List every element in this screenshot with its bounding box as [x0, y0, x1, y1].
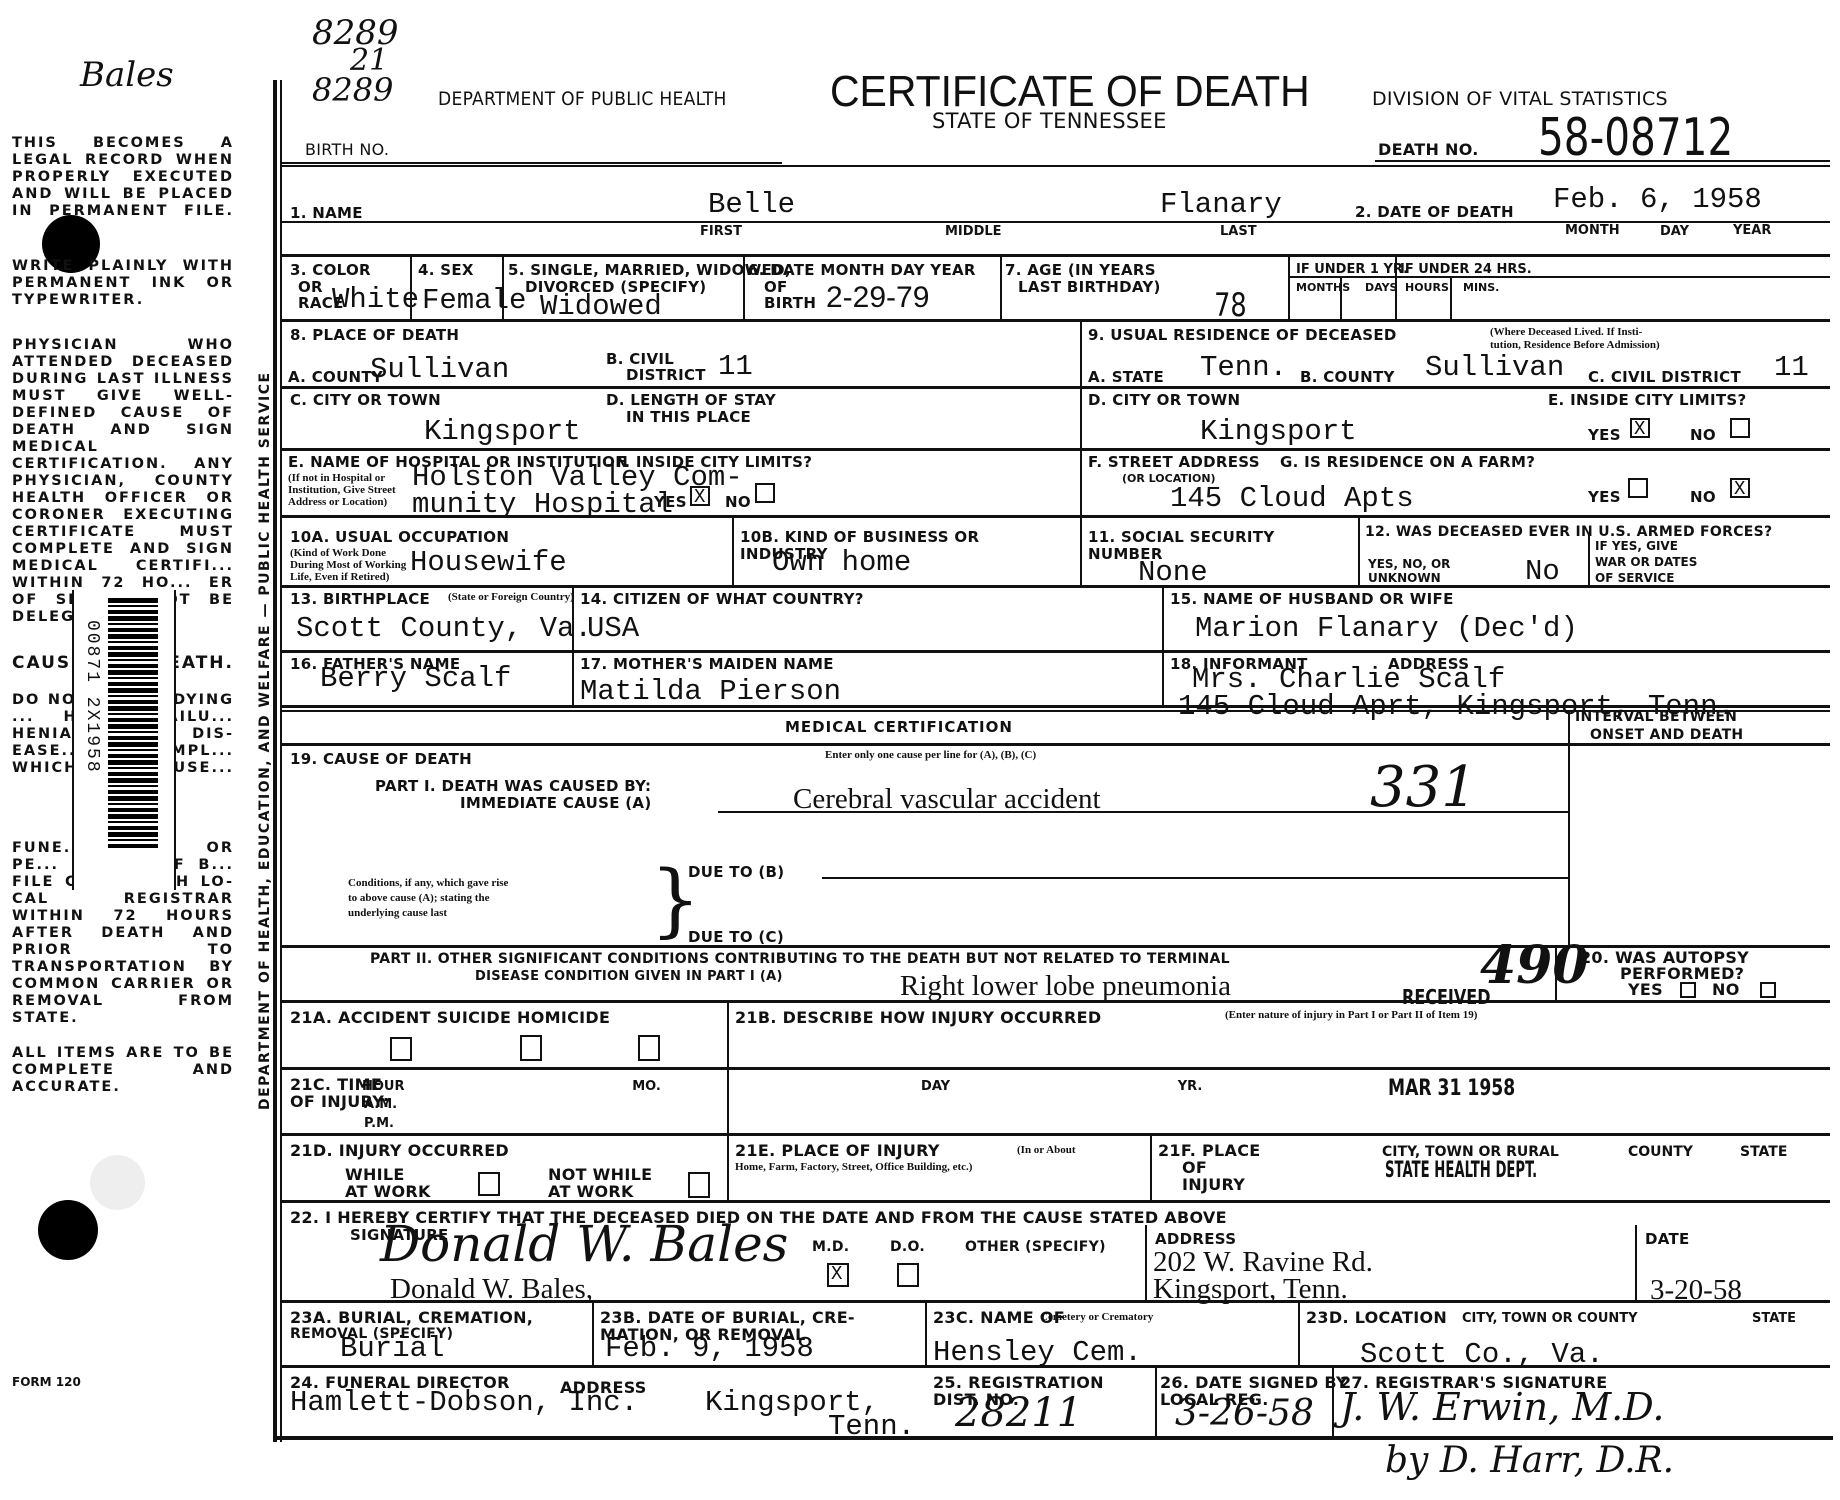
- death-civil-district-value: 11: [718, 352, 753, 381]
- burial-location-sub: CITY, TOWN OR COUNTY: [1462, 1312, 1638, 1326]
- state-health-dept-stamp: STATE HEALTH DEPT.: [1385, 1158, 1537, 1183]
- age-label: 7. AGE (IN YEARS: [1005, 263, 1156, 279]
- business-label: 10B. KIND OF BUSINESS OR: [740, 530, 979, 546]
- instruction-write-plainly: WRITE PLAINLY WITH PERMANENT INK OR TYPE…: [12, 258, 234, 309]
- received-stamp: RECEIVED: [1402, 985, 1490, 1009]
- rule: [282, 585, 1830, 588]
- rule: [1450, 277, 1452, 319]
- do-label: D.O.: [890, 1240, 925, 1255]
- citizen-label: 14. CITIZEN OF WHAT COUNTRY?: [580, 592, 864, 608]
- cause-instruction: Enter only one cause per line for (A), (…: [825, 750, 1036, 762]
- certification-date-label: DATE: [1645, 1232, 1690, 1248]
- marital-value: Widowed: [540, 292, 662, 321]
- rule: [282, 319, 1830, 322]
- rule: [282, 448, 1830, 451]
- funeral-director-value: Hamlett-Dobson, Inc.: [290, 1388, 638, 1417]
- hospital-note-3: Address or Location): [288, 497, 387, 509]
- res-inside-no-label: NO: [1690, 428, 1716, 444]
- death-county-value: Sullivan: [370, 355, 509, 384]
- conditions-note-1: Conditions, if any, which gave rise: [348, 878, 508, 890]
- rule: [1555, 947, 1557, 1000]
- death-inside-no-label: NO: [725, 495, 751, 511]
- injury-describe-note: (Enter nature of injury in Part I or Par…: [1225, 1010, 1477, 1022]
- county-label: A. COUNTY: [288, 370, 383, 386]
- am-label: A.M.: [364, 1098, 397, 1112]
- armed-forces-sub-1: YES, NO, OR: [1368, 558, 1450, 571]
- sex-label: 4. SEX: [418, 263, 474, 279]
- due-to-b-label: DUE TO (B): [688, 865, 784, 881]
- registrar-signature: J. W. Erwin, M.D.: [1340, 1385, 1664, 1429]
- rule: [282, 1300, 1830, 1303]
- res-civil-label: C. CIVIL DISTRICT: [1588, 370, 1741, 386]
- rule: [743, 256, 745, 320]
- rule: [1340, 277, 1342, 319]
- part2-label: PART II. OTHER SIGNIFICANT CONDITIONS CO…: [370, 952, 1230, 967]
- hours-label: HOURS: [1405, 282, 1449, 294]
- rule: [1162, 587, 1164, 705]
- injury-place-f-label-3: INJURY: [1182, 1177, 1245, 1194]
- injury-occurred-label: 21D. INJURY OCCURRED: [290, 1143, 509, 1160]
- part2-value: Right lower lobe pneumonia: [900, 972, 1231, 1001]
- hour-col: HOUR: [362, 1079, 405, 1094]
- residence-note-2: tution, Residence Before Admission): [1490, 340, 1660, 352]
- suicide-checkbox[interactable]: [520, 1035, 542, 1061]
- armed-forces-label: 12. WAS DECEASED EVER IN U.S. ARMED FORC…: [1365, 525, 1772, 540]
- rule: [1288, 276, 1830, 278]
- cemetery-note: Cemetery or Crematory: [1040, 1312, 1153, 1324]
- faded-punch-mark: [90, 1155, 145, 1210]
- war-label-1: IF YES, GIVE: [1595, 540, 1678, 553]
- death-inside-no-checkbox[interactable]: [755, 483, 775, 503]
- vertical-department-text: DEPARTMENT OF HEALTH, EDUCATION, AND WEL…: [258, 371, 273, 1110]
- funeral-address-2: Tenn.: [828, 1412, 915, 1441]
- armed-forces-sub-2: UNKNOWN: [1368, 572, 1441, 585]
- punch-hole-bottom: [38, 1200, 98, 1260]
- deputy-registrar-signature: by D. Harr, D.R.: [1385, 1440, 1674, 1481]
- birthplace-note: (State or Foreign Country): [448, 592, 574, 604]
- hospital-note-2: Institution, Give Street: [288, 485, 396, 497]
- mother-label: 17. MOTHER'S MAIDEN NAME: [580, 657, 834, 673]
- pm-label: P.M.: [364, 1117, 394, 1131]
- death-city-label: C. CITY OR TOWN: [290, 393, 441, 409]
- rule: [282, 165, 1830, 167]
- day-col: DAY: [921, 1079, 950, 1094]
- first-name-value: Belle: [708, 190, 795, 219]
- res-inside-limits-label: E. INSIDE CITY LIMITS?: [1548, 393, 1747, 409]
- occupation-note-1: (Kind of Work Done: [290, 548, 386, 560]
- mo-col: MO.: [632, 1079, 661, 1094]
- month-caption: MONTH: [1565, 224, 1620, 238]
- rule: [1588, 535, 1590, 585]
- cause-label: 19. CAUSE OF DEATH: [290, 752, 472, 768]
- place-of-death-label: 8. PLACE OF DEATH: [290, 328, 459, 344]
- occupation-note-3: Life, Even if Retired): [290, 572, 389, 584]
- res-state-value: Tenn.: [1200, 353, 1287, 382]
- cause-code-a: 331: [1370, 755, 1477, 820]
- instruction-physician: PHYSICIAN WHO ATTENDED DECEASED DURING L…: [12, 337, 234, 626]
- farm-yes-checkbox[interactable]: [1628, 478, 1648, 498]
- sex-value: Female: [422, 286, 526, 315]
- due-to-b-line: [822, 877, 1568, 879]
- while-at-work-checkbox[interactable]: [478, 1172, 500, 1196]
- death-inside-yes-checkbox[interactable]: [690, 486, 710, 506]
- burial-date-value: Feb. 9, 1958: [605, 1334, 814, 1363]
- rule: [1358, 517, 1360, 585]
- war-label-2: WAR OR DATES: [1595, 556, 1697, 569]
- part2-label-2: DISEASE CONDITION GIVEN IN PART I (A): [475, 970, 783, 984]
- death-inside-limits-label: F. INSIDE CITY LIMITS?: [616, 455, 812, 471]
- interval-label-2: ONSET AND DEATH: [1590, 728, 1743, 743]
- rule: [502, 256, 504, 320]
- form-number: FORM 120: [12, 1376, 81, 1389]
- autopsy-yes-checkbox[interactable]: [1680, 982, 1696, 998]
- rule: [410, 256, 412, 320]
- street-value: 145 Cloud Apts: [1170, 484, 1414, 513]
- rule: [1145, 1225, 1147, 1300]
- rule: [282, 1200, 1830, 1203]
- yr-col: YR.: [1178, 1079, 1203, 1094]
- injury-state-col: STATE: [1740, 1145, 1787, 1160]
- death-city-value: Kingsport: [424, 417, 581, 446]
- name-label: 1. NAME: [290, 206, 363, 222]
- res-inside-no-checkbox[interactable]: [1730, 418, 1750, 438]
- autopsy-no-checkbox[interactable]: [1760, 982, 1776, 998]
- birthplace-label: 13. BIRTHPLACE: [290, 592, 430, 608]
- rule: [1395, 256, 1397, 320]
- civil-district-label-2: DISTRICT: [626, 368, 706, 384]
- rule: [282, 1000, 1830, 1003]
- injury-describe-label: 21B. DESCRIBE HOW INJURY OCCURRED: [735, 1010, 1102, 1027]
- rule: [282, 515, 1830, 518]
- death-no-line: [1375, 160, 1830, 162]
- res-inside-yes-checkbox[interactable]: [1630, 418, 1650, 438]
- cemetery-value: Hensley Cem.: [933, 1338, 1142, 1367]
- color-value: White: [332, 285, 419, 314]
- rule: [282, 650, 1830, 653]
- rule: [1155, 1367, 1157, 1436]
- father-value: Berry Scalf: [320, 664, 511, 693]
- barcode-label: 00871 2X1958: [72, 590, 176, 890]
- physician-signature: Donald W. Bales: [380, 1215, 788, 1273]
- stay-label-2: IN THIS PLACE: [626, 410, 751, 426]
- rule: [282, 1067, 1830, 1070]
- rule: [282, 386, 1830, 389]
- rule: [727, 1002, 729, 1200]
- rule: [282, 705, 1830, 708]
- rule: [1000, 256, 1002, 320]
- farm-yes-label: YES: [1588, 490, 1621, 506]
- homicide-checkbox[interactable]: [638, 1035, 660, 1061]
- cause-code-b: 490: [1480, 935, 1589, 996]
- color-label: 3. COLOR: [290, 263, 371, 279]
- farm-no-checkbox[interactable]: [1730, 478, 1750, 498]
- birth-no-label: BIRTH NO.: [305, 142, 389, 159]
- birth-date-label-birth: BIRTH: [764, 296, 816, 312]
- months-label: MONTHS: [1296, 282, 1350, 294]
- place-of-injury-note-1: (In or About: [1017, 1145, 1075, 1157]
- days-label: DAYS: [1365, 282, 1397, 294]
- residence-label: 9. USUAL RESIDENCE OF DECEASED: [1088, 328, 1397, 344]
- accident-checkbox[interactable]: [390, 1037, 412, 1061]
- business-value: Own home: [772, 548, 911, 577]
- immediate-cause-value: Cerebral vascular accident: [793, 785, 1101, 814]
- time-cols-hour: HOUR MO. DAY YR.: [362, 1080, 1202, 1094]
- burial-method-value: Burial: [340, 1334, 444, 1363]
- rule: [1635, 1225, 1637, 1300]
- frame-right-edge: [1830, 165, 1832, 1438]
- rule: [282, 1365, 1830, 1368]
- conditions-note-2: to above cause (A); stating the: [348, 893, 489, 905]
- ssn-label: 11. SOCIAL SECURITY: [1088, 530, 1275, 546]
- md-label: M.D.: [812, 1240, 849, 1255]
- injury-county-col: COUNTY: [1628, 1145, 1693, 1160]
- frame-left-border: [273, 80, 277, 1442]
- residence-note-1: (Where Deceased Lived. If Insti-: [1490, 327, 1642, 339]
- conditions-note-3: underlying cause last: [348, 908, 447, 920]
- burial-method-label: 23A. BURIAL, CREMATION,: [290, 1310, 533, 1327]
- date-of-death-value: Feb. 6, 1958: [1553, 185, 1762, 214]
- hospital-note-1: (If not in Hospital or: [288, 473, 385, 485]
- res-civil-value: 11: [1774, 353, 1809, 382]
- other-label: OTHER (SPECIFY): [965, 1240, 1106, 1255]
- not-while-at-work-checkbox[interactable]: [688, 1172, 710, 1198]
- immediate-cause-label: IMMEDIATE CAUSE (A): [460, 796, 652, 812]
- received-date-stamp: MAR 31 1958: [1388, 1076, 1515, 1101]
- rule: [732, 517, 734, 585]
- last-caption: LAST: [1220, 225, 1257, 239]
- department-heading: DEPARTMENT OF PUBLIC HEALTH: [438, 90, 727, 110]
- division-heading: DIVISION OF VITAL STATISTICS: [1372, 90, 1668, 110]
- mother-value: Matilda Pierson: [580, 677, 841, 706]
- birth-date-value: 2-29-79: [826, 283, 929, 313]
- res-state-label: A. STATE: [1088, 370, 1164, 386]
- citizen-value: USA: [587, 614, 639, 643]
- rule: [1568, 712, 1570, 947]
- rule: [282, 254, 1830, 257]
- rule: [925, 1302, 927, 1365]
- instruction-all-items: ALL ITEMS ARE TO BE COMPLETE AND ACCURAT…: [12, 1045, 234, 1096]
- res-city-value: Kingsport: [1200, 417, 1357, 446]
- ssn-value: None: [1138, 558, 1208, 587]
- war-label-3: OF SERVICE: [1595, 572, 1674, 585]
- registration-dist-value: 28211: [955, 1390, 1082, 1436]
- rule: [572, 587, 574, 705]
- under-24hrs-label: IF UNDER 24 HRS.: [1400, 263, 1532, 277]
- place-of-injury-label: 21E. PLACE OF INJURY: [735, 1143, 940, 1160]
- birth-date-label: 6. DATE MONTH DAY YEAR: [748, 263, 976, 279]
- autopsy-yes-label: YES: [1628, 982, 1663, 999]
- armed-forces-value: No: [1525, 557, 1560, 586]
- rule: [1150, 1135, 1152, 1200]
- age-label-2: LAST BIRTHDAY): [1018, 280, 1161, 296]
- part1-label: PART I. DEATH WAS CAUSED BY:: [375, 779, 651, 795]
- farm-no-label: NO: [1690, 490, 1716, 506]
- frame-left-border-inner: [280, 80, 282, 1442]
- rule: [1288, 256, 1290, 320]
- occupation-value: Housewife: [410, 548, 567, 577]
- file-number-3: 8289: [312, 75, 393, 105]
- rule: [1080, 320, 1082, 585]
- burial-location-label: 23D. LOCATION: [1306, 1310, 1447, 1327]
- barcode-number: 00871 2X1958: [82, 620, 102, 800]
- first-caption: FIRST: [700, 225, 742, 239]
- farm-label: G. IS RESIDENCE ON A FARM?: [1280, 455, 1535, 471]
- while-at-work-label-2: AT WORK: [345, 1184, 431, 1201]
- middle-caption: MIDDLE: [945, 225, 1002, 239]
- occupation-note-2: During Most of Working: [290, 560, 406, 572]
- date-of-death-label: 2. DATE OF DEATH: [1355, 205, 1514, 221]
- rule: [592, 1302, 594, 1365]
- place-of-injury-note-2: Home, Farm, Factory, Street, Office Buil…: [735, 1162, 972, 1174]
- death-inside-yes-label: YES: [654, 495, 687, 511]
- rule: [1332, 1367, 1334, 1436]
- res-inside-yes-label: YES: [1588, 428, 1621, 444]
- rule: [282, 743, 1830, 746]
- mins-label: MINS.: [1463, 282, 1499, 294]
- injury-type-label: 21A. ACCIDENT SUICIDE HOMICIDE: [290, 1010, 610, 1027]
- death-number: 58-08712: [1538, 108, 1733, 168]
- margin-handwritten-name: Bales: [80, 55, 174, 95]
- spouse-label: 15. NAME OF HUSBAND OR WIFE: [1170, 592, 1454, 608]
- due-to-c-label: DUE TO (C): [688, 930, 784, 946]
- birthplace-value: Scott County, Va.: [296, 614, 592, 643]
- md-checkbox[interactable]: [827, 1263, 849, 1287]
- death-no-label: DEATH NO.: [1378, 142, 1479, 159]
- last-name-value: Flanary: [1160, 190, 1282, 219]
- under-1yr-label: IF UNDER 1 YR.: [1296, 263, 1408, 277]
- spouse-value: Marion Flanary (Dec'd): [1195, 614, 1578, 643]
- stay-label: D. LENGTH OF STAY: [606, 393, 776, 409]
- rule: [1298, 1302, 1300, 1365]
- rule: [282, 1133, 1830, 1136]
- year-caption: YEAR: [1733, 224, 1771, 238]
- occupation-label: 10A. USUAL OCCUPATION: [290, 530, 509, 546]
- autopsy-no-label: NO: [1712, 982, 1740, 999]
- interval-label: INTERVAL BETWEEN: [1575, 710, 1737, 725]
- medical-certification-heading: MEDICAL CERTIFICATION: [785, 720, 1013, 736]
- state-subtitle: STATE OF TENNESSEE: [932, 110, 1167, 132]
- not-while-at-work-label-2: AT WORK: [548, 1184, 634, 1201]
- date-signed-value: 3-26-58: [1175, 1393, 1314, 1434]
- day-caption: DAY: [1660, 225, 1689, 239]
- do-checkbox[interactable]: [897, 1263, 919, 1287]
- instruction-legal-record: THIS BECOMES A LEGAL RECORD WHEN PROPERL…: [12, 135, 234, 220]
- injury-place-f-label: 21F. PLACE: [1158, 1143, 1260, 1160]
- barcode-icon: [108, 598, 158, 848]
- res-county-label: B. COUNTY: [1300, 370, 1395, 386]
- res-county-value: Sullivan: [1425, 353, 1564, 382]
- res-city-label: D. CITY OR TOWN: [1088, 393, 1240, 409]
- burial-location-state: STATE: [1752, 1312, 1796, 1326]
- birth-no-line: [282, 162, 782, 164]
- street-label: F. STREET ADDRESS: [1088, 455, 1260, 471]
